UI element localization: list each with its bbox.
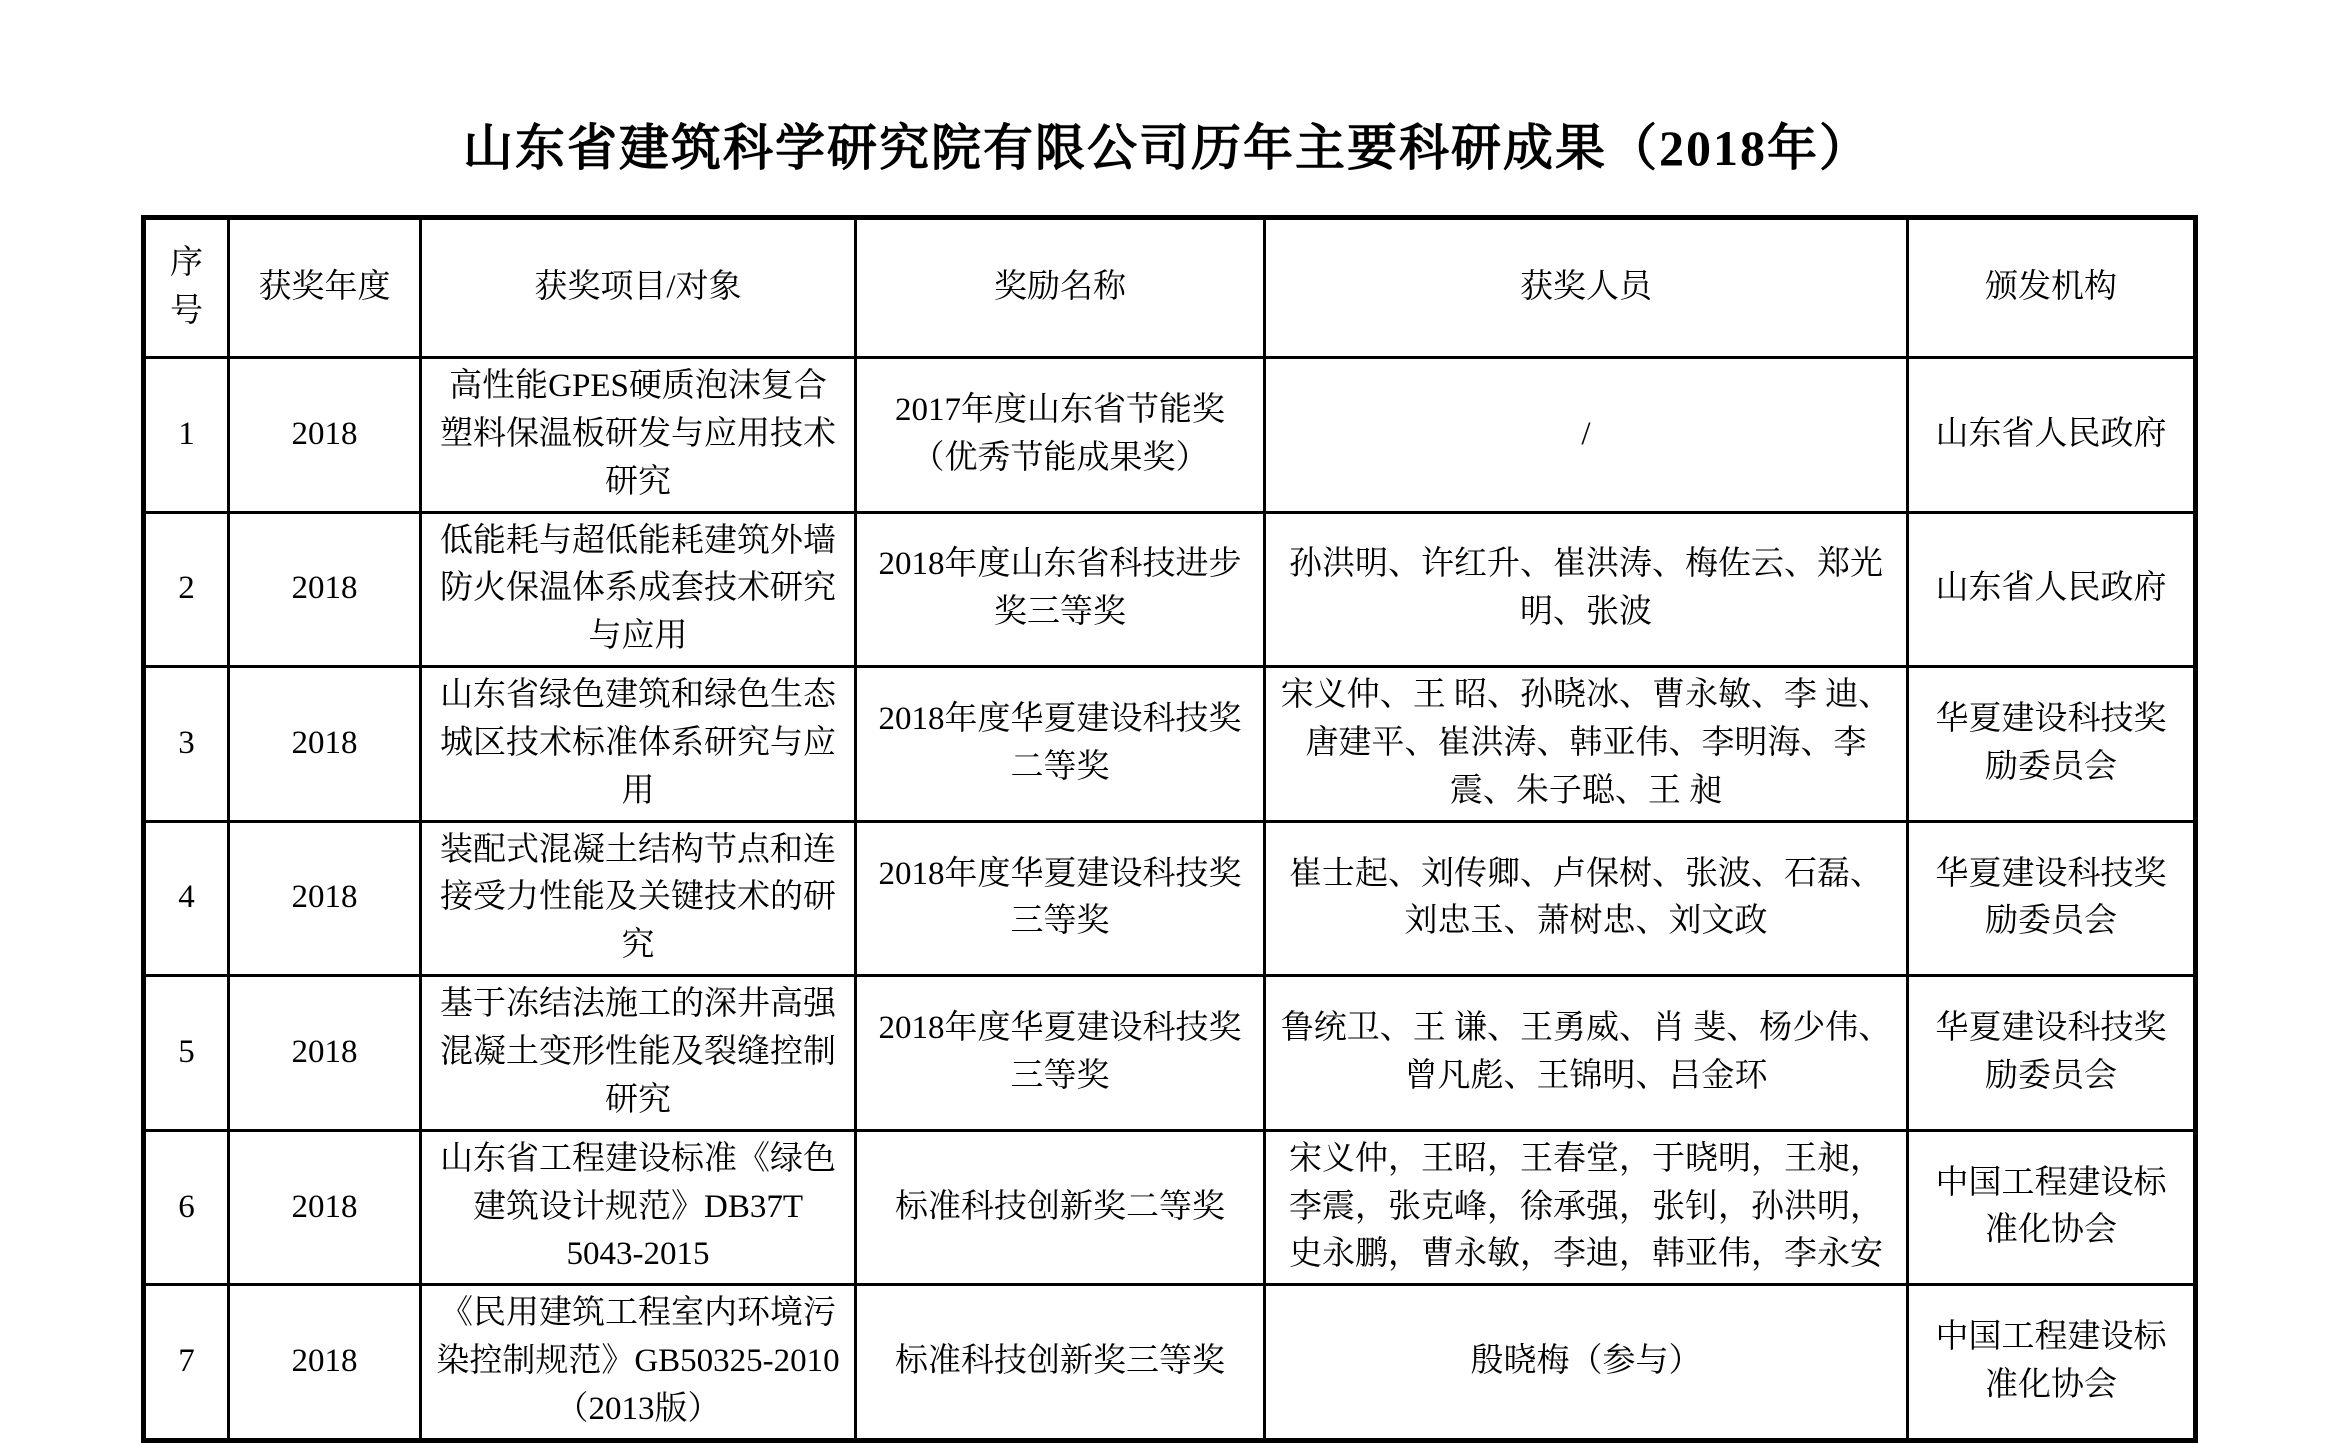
column-header-award-year: 获奖年度: [229, 218, 421, 358]
cell-award-year: 2018: [229, 821, 421, 976]
cell-award-year: 2018: [229, 1285, 421, 1441]
cell-award-year: 2018: [229, 976, 421, 1131]
cell-awardees: /: [1265, 358, 1908, 513]
cell-issuing-org: 华夏建设科技奖励委员会: [1908, 667, 2196, 822]
cell-awardees: 宋义仲、王 昭、孙晓冰、曹永敏、李 迪、唐建平、崔洪涛、韩亚伟、李明海、李震、朱…: [1265, 667, 1908, 822]
cell-awardees: 鲁统卫、王 谦、王勇威、肖 斐、杨少伟、曾凡彪、王锦明、吕金环: [1265, 976, 1908, 1131]
cell-award-year: 2018: [229, 667, 421, 822]
cell-issuing-org: 华夏建设科技奖励委员会: [1908, 821, 2196, 976]
cell-project: 装配式混凝土结构节点和连接受力性能及关键技术的研究: [421, 821, 856, 976]
cell-award-name: 2017年度山东省节能奖（优秀节能成果奖）: [856, 358, 1265, 513]
cell-index: 1: [144, 358, 229, 513]
cell-index: 2: [144, 512, 229, 667]
cell-awardees: 宋义仲，王昭，王春堂，于晓明，王昶，李震，张克峰，徐承强，张钊，孙洪明，史永鹏，…: [1265, 1130, 1908, 1285]
cell-index: 6: [144, 1130, 229, 1285]
table-row: 7 2018 《民用建筑工程室内环境污染控制规范》GB50325-2010（20…: [144, 1285, 2196, 1441]
awards-table: 序号 获奖年度 获奖项目/对象 奖励名称 获奖人员 颁发机构 1 2018 高性…: [141, 215, 2198, 1443]
cell-project: 高性能GPES硬质泡沫复合塑料保温板研发与应用技术研究: [421, 358, 856, 513]
cell-award-name: 2018年度华夏建设科技奖二等奖: [856, 667, 1265, 822]
table-header-row: 序号 获奖年度 获奖项目/对象 奖励名称 获奖人员 颁发机构: [144, 218, 2196, 358]
cell-issuing-org: 中国工程建设标准化协会: [1908, 1285, 2196, 1441]
cell-issuing-org: 中国工程建设标准化协会: [1908, 1130, 2196, 1285]
table-row: 1 2018 高性能GPES硬质泡沫复合塑料保温板研发与应用技术研究 2017年…: [144, 358, 2196, 513]
column-header-awardees: 获奖人员: [1265, 218, 1908, 358]
cell-project: 低能耗与超低能耗建筑外墙防火保温体系成套技术研究与应用: [421, 512, 856, 667]
cell-issuing-org: 山东省人民政府: [1908, 512, 2196, 667]
cell-index: 4: [144, 821, 229, 976]
table-row: 3 2018 山东省绿色建筑和绿色生态城区技术标准体系研究与应用 2018年度华…: [144, 667, 2196, 822]
cell-award-name: 2018年度华夏建设科技奖三等奖: [856, 821, 1265, 976]
table-row: 6 2018 山东省工程建设标准《绿色建筑设计规范》DB37T 5043-201…: [144, 1130, 2196, 1285]
cell-project: 山东省绿色建筑和绿色生态城区技术标准体系研究与应用: [421, 667, 856, 822]
column-header-award-name: 奖励名称: [856, 218, 1265, 358]
cell-issuing-org: 华夏建设科技奖励委员会: [1908, 976, 2196, 1131]
cell-award-year: 2018: [229, 358, 421, 513]
awards-table-container: 序号 获奖年度 获奖项目/对象 奖励名称 获奖人员 颁发机构 1 2018 高性…: [141, 215, 2198, 1443]
cell-award-name: 2018年度山东省科技进步奖三等奖: [856, 512, 1265, 667]
cell-project: 基于冻结法施工的深井高强混凝土变形性能及裂缝控制研究: [421, 976, 856, 1131]
cell-awardees: 崔士起、刘传卿、卢保树、张波、石磊、刘忠玉、萧树忠、刘文政: [1265, 821, 1908, 976]
table-row: 4 2018 装配式混凝土结构节点和连接受力性能及关键技术的研究 2018年度华…: [144, 821, 2196, 976]
cell-award-year: 2018: [229, 512, 421, 667]
page-title: 山东省建筑科学研究院有限公司历年主要科研成果（2018年）: [141, 108, 2193, 180]
cell-index: 7: [144, 1285, 229, 1441]
cell-index: 3: [144, 667, 229, 822]
cell-project: 山东省工程建设标准《绿色建筑设计规范》DB37T 5043-2015: [421, 1130, 856, 1285]
cell-award-name: 标准科技创新奖三等奖: [856, 1285, 1265, 1441]
cell-award-year: 2018: [229, 1130, 421, 1285]
column-header-index: 序号: [144, 218, 229, 358]
table-row: 5 2018 基于冻结法施工的深井高强混凝土变形性能及裂缝控制研究 2018年度…: [144, 976, 2196, 1131]
cell-issuing-org: 山东省人民政府: [1908, 358, 2196, 513]
cell-awardees: 孙洪明、许红升、崔洪涛、梅佐云、郑光明、张波: [1265, 512, 1908, 667]
cell-index: 5: [144, 976, 229, 1131]
cell-award-name: 标准科技创新奖二等奖: [856, 1130, 1265, 1285]
table-row: 2 2018 低能耗与超低能耗建筑外墙防火保温体系成套技术研究与应用 2018年…: [144, 512, 2196, 667]
column-header-issuing-org: 颁发机构: [1908, 218, 2196, 358]
cell-project: 《民用建筑工程室内环境污染控制规范》GB50325-2010（2013版）: [421, 1285, 856, 1441]
cell-awardees: 殷晓梅（参与）: [1265, 1285, 1908, 1441]
cell-award-name: 2018年度华夏建设科技奖三等奖: [856, 976, 1265, 1131]
column-header-project: 获奖项目/对象: [421, 218, 856, 358]
